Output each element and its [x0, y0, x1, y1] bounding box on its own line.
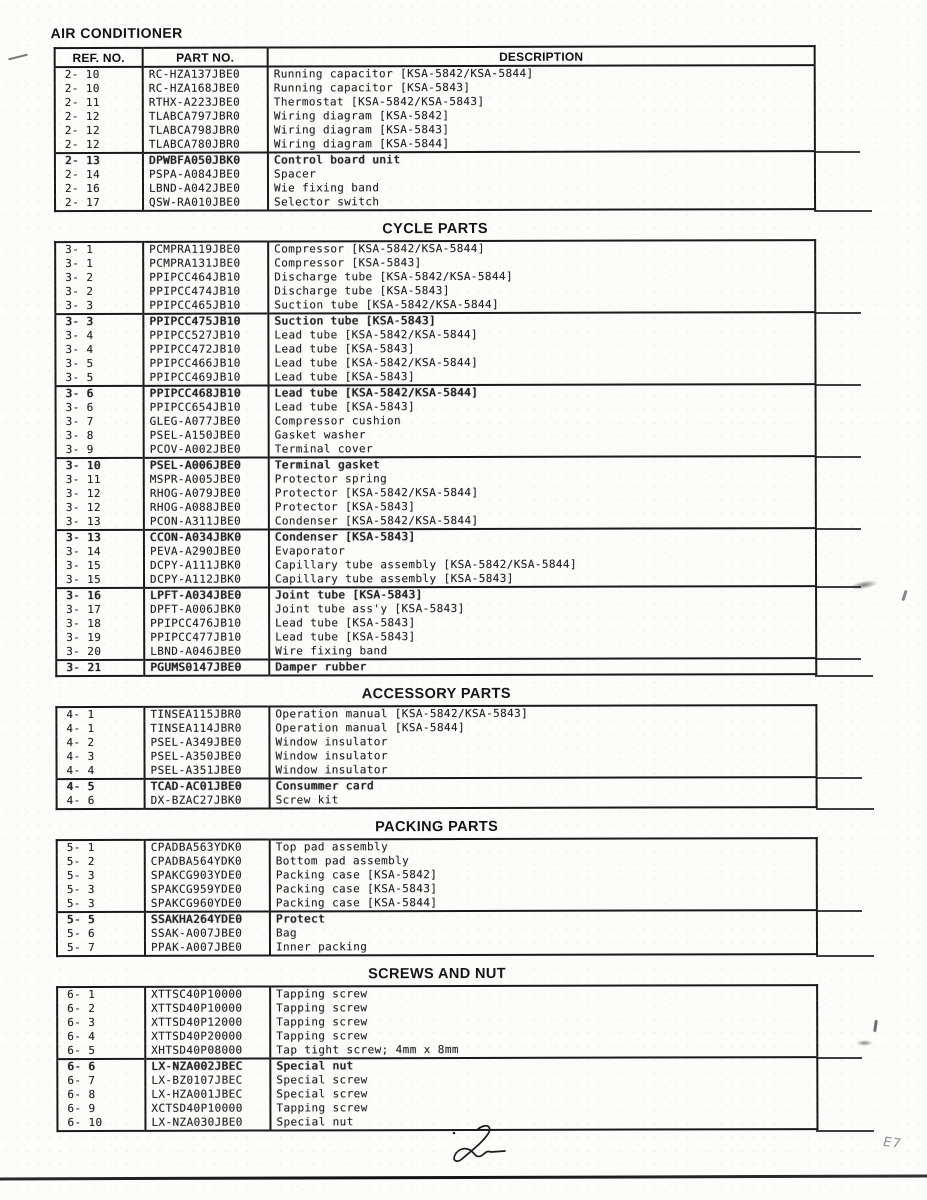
- part-no-cell: RHOG-A079JBE0: [144, 487, 269, 501]
- part-no-cell: PSEL-A351JBE0: [145, 764, 270, 779]
- ref-no-cell: 3- 2: [55, 271, 143, 285]
- ref-no-cell: 3- 15: [56, 573, 144, 588]
- ref-no-cell: 3- 1: [55, 257, 143, 271]
- ref-no-cell: 6- 3: [57, 1016, 145, 1030]
- description-cell: Lead tube [KSA-5843]: [269, 629, 816, 644]
- part-no-cell: PSEL-A006JBE0: [144, 458, 269, 473]
- part-no-cell: PPIPCC654JB10: [144, 401, 269, 415]
- ref-no-cell: 5- 5: [57, 912, 145, 927]
- ref-no-cell: 3- 21: [56, 660, 144, 676]
- ref-no-cell: 4- 4: [57, 764, 145, 779]
- section-title: CYCLE PARTS: [54, 220, 816, 238]
- row-group: 3- 16 LPFT-A034JBE0 Joint tube [KSA-5843…: [56, 586, 816, 660]
- row-group: 6- 6 LX-NZA002JBEC Special nut 6- 7 LX-B…: [57, 1057, 817, 1131]
- ref-no-cell: 2- 12: [55, 110, 143, 124]
- description-cell: Lead tube [KSA-5842/KSA-5844]: [269, 384, 816, 400]
- description-cell: Condenser [KSA-5843]: [269, 528, 816, 544]
- ref-no-cell: 4- 2: [56, 736, 144, 750]
- part-no-cell: TLABCA798JBR0: [143, 124, 268, 138]
- part-no-cell: QSW-RA010JBE0: [143, 196, 268, 211]
- part-no-cell: DX-BZAC27JBK0: [145, 794, 270, 809]
- part-no-header: PART NO.: [143, 48, 268, 67]
- part-no-cell: LBND-A046JBE0: [144, 645, 269, 660]
- row-group: 5- 5 SSAKHA264YDE0 Protect 5- 6 SSAK-A00…: [57, 910, 817, 956]
- part-no-cell: PSEL-A349JBE0: [144, 736, 269, 750]
- ref-no-cell: 3- 8: [56, 429, 144, 443]
- part-no-cell: PCMPRA119JBE0: [143, 242, 268, 257]
- description-cell: Window insulator: [270, 762, 817, 778]
- ref-no-cell: 2- 14: [55, 168, 143, 182]
- description-cell: Tap tight screw; 4mm x 8mm: [270, 1042, 817, 1058]
- scan-line-bleed: [816, 1057, 862, 1059]
- part-no-cell: RTHX-A223JBE0: [143, 96, 268, 110]
- part-no-cell: LPFT-A034JBE0: [144, 588, 269, 603]
- part-no-cell: PGUMS0147JBE0: [144, 660, 269, 676]
- part-no-cell: PPIPCC465JB10: [143, 299, 268, 314]
- ref-no-cell: 5- 3: [57, 883, 145, 897]
- ref-no-cell: 5- 1: [57, 840, 145, 855]
- description-cell: Tapping screw: [270, 1100, 817, 1115]
- part-no-cell: LX-BZ0107JBEC: [145, 1074, 270, 1088]
- description-cell: Joint tube ass'y [KSA-5843]: [269, 601, 816, 616]
- description-cell: Compressor [KSA-5843]: [268, 255, 815, 270]
- section-title: SCREWS AND NUT: [56, 965, 818, 983]
- parts-table: 4- 1 TINSEA115JBR0 Operation manual [KSA…: [55, 704, 817, 810]
- description-cell: Special screw: [270, 1086, 817, 1101]
- description-cell: Lead tube [KSA-5843]: [268, 341, 815, 356]
- part-no-cell: PCOV-A002JBE0: [144, 443, 269, 458]
- parts-table: 5- 1 CPADBA563YDK0 Top pad assembly 5- 2…: [56, 837, 818, 957]
- part-no-cell: TINSEA115JBR0: [144, 707, 269, 722]
- part-no-cell: CCON-A034JBK0: [144, 530, 269, 545]
- description-cell: Protector [KSA-5842/KSA-5844]: [269, 485, 816, 500]
- ref-no-cell: 3- 16: [56, 588, 144, 603]
- page-title: AIR CONDITIONER: [51, 23, 926, 41]
- part-no-cell: LX-NZA002JBEC: [145, 1059, 270, 1074]
- part-no-cell: PPIPCC476JB10: [144, 617, 269, 631]
- ref-no-cell: 4- 1: [56, 707, 144, 722]
- part-no-cell: RC-HZA137JBE0: [143, 67, 268, 82]
- description-cell: Terminal cover: [269, 441, 816, 457]
- row-group: 4- 1 TINSEA115JBR0 Operation manual [KSA…: [56, 705, 816, 779]
- description-cell: Screw kit: [270, 792, 817, 808]
- row-group: 6- 1 XTTSC40P10000 Tapping screw 6- 2 XT…: [57, 985, 817, 1059]
- scan-line-bleed: [816, 955, 874, 957]
- description-cell: Compressor [KSA-5842/KSA-5844]: [268, 240, 815, 256]
- ref-no-cell: 3- 17: [56, 603, 144, 617]
- ref-no-cell: 3- 13: [56, 530, 144, 545]
- part-no-cell: PCMPRA131JBE0: [143, 257, 268, 271]
- description-cell: Suction tube [KSA-5843]: [268, 312, 815, 328]
- ref-no-cell: 3- 11: [56, 473, 144, 487]
- ref-no-cell: 6- 7: [57, 1074, 145, 1088]
- row-group: 3- 21 PGUMS0147JBE0 Damper rubber: [56, 658, 816, 676]
- part-no-cell: PPIPCC464JB10: [143, 271, 268, 285]
- part-no-cell: MSPR-A005JBE0: [144, 473, 269, 487]
- scan-line-bleed: [815, 675, 873, 677]
- description-cell: Bottom pad assembly: [270, 853, 817, 868]
- description-cell: Tapping screw: [270, 1000, 817, 1015]
- description-cell: Packing case [KSA-5843]: [270, 881, 817, 896]
- description-cell: Wire fixing band: [269, 643, 816, 659]
- part-no-cell: PSEL-A150JBE0: [144, 429, 269, 443]
- part-no-cell: PCON-A311JBE0: [144, 515, 269, 530]
- ref-no-cell: 6- 4: [57, 1030, 145, 1044]
- ref-no-cell: 2- 11: [55, 96, 143, 110]
- parts-table: REF. NO. PART NO. DESCRIPTION 2- 10 RC-H…: [54, 45, 816, 212]
- ref-no-cell: 3- 18: [56, 617, 144, 631]
- row-group: 2- 13 DPWBFA050JBK0 Control board unit 2…: [55, 151, 815, 211]
- description-cell: Selector switch: [268, 194, 815, 210]
- ref-no-cell: 3- 4: [55, 343, 143, 357]
- parts-table: 3- 1 PCMPRA119JBE0 Compressor [KSA-5842/…: [54, 239, 817, 677]
- ref-no-cell: 3- 15: [56, 559, 144, 573]
- ref-no-cell: 3- 2: [55, 285, 143, 299]
- parts-section: PACKING PARTS 5- 1 CPADBA563YDK0 Top pad…: [56, 818, 818, 957]
- part-no-cell: TLABCA780JBR0: [143, 138, 268, 153]
- part-no-cell: TLABCA797JBR0: [143, 110, 268, 124]
- ref-no-cell: 4- 6: [57, 794, 145, 809]
- scan-line-bleed: [816, 1130, 874, 1132]
- scan-line-bleed: [815, 312, 861, 314]
- parts-section: CYCLE PARTS 3- 1 PCMPRA119JBE0 Compresso…: [54, 220, 817, 677]
- parts-section: REF. NO. PART NO. DESCRIPTION 2- 10 RC-H…: [54, 45, 816, 212]
- ref-no-cell: 4- 5: [57, 779, 145, 794]
- description-cell: Thermostat [KSA-5842/KSA-5843]: [268, 94, 815, 109]
- table-row: 5- 7 PPAK-A007JBE0 Inner packing: [57, 939, 817, 956]
- description-cell: Tapping screw: [270, 1028, 817, 1043]
- description-cell: Lead tube [KSA-5843]: [269, 615, 816, 630]
- description-cell: Consummer card: [270, 777, 817, 793]
- row-group: 3- 6 PPIPCC468JB10 Lead tube [KSA-5842/K…: [56, 384, 816, 458]
- row-group: 3- 10 PSEL-A006JBE0 Terminal gasket 3- 1…: [56, 456, 816, 530]
- description-cell: Protect: [270, 910, 817, 926]
- scan-line-bleed: [816, 777, 862, 779]
- ref-no-cell: 3- 14: [56, 545, 144, 559]
- scan-smudge-right-lower: [856, 1040, 873, 1046]
- ref-no-cell: 3- 5: [55, 371, 143, 386]
- description-cell: Gasket washer: [269, 427, 816, 442]
- ref-no-cell: 3- 6: [56, 401, 144, 415]
- part-no-cell: SPAKCG959YDE0: [145, 883, 270, 897]
- description-cell: Inner packing: [270, 939, 817, 955]
- description-cell: Discharge tube [KSA-5843]: [268, 283, 815, 298]
- ref-no-cell: 3- 9: [56, 443, 144, 458]
- ref-no-cell: 3- 6: [56, 386, 144, 401]
- description-cell: Wiring diagram [KSA-5844]: [268, 136, 815, 152]
- ref-no-cell: 3- 12: [56, 501, 144, 515]
- part-no-cell: TCAD-AC01JBE0: [145, 779, 270, 794]
- ref-no-cell: 4- 1: [56, 722, 144, 736]
- scan-line-bleed: [815, 384, 861, 386]
- handwritten-note: E7: [881, 1135, 903, 1152]
- table-header: REF. NO. PART NO. DESCRIPTION: [55, 46, 815, 67]
- part-no-cell: XCTSD40P10000: [145, 1102, 270, 1116]
- description-cell: Packing case [KSA-5844]: [270, 895, 817, 911]
- part-no-cell: PPIPCC466JB10: [143, 357, 268, 371]
- description-cell: Special screw: [270, 1072, 817, 1087]
- part-no-cell: XTTSD40P12000: [145, 1016, 270, 1030]
- description-cell: Evaporator: [269, 543, 816, 558]
- ref-no-cell: 6- 5: [57, 1044, 145, 1059]
- description-cell: Wie fixing band: [268, 180, 815, 195]
- ref-no-cell: 5- 7: [57, 941, 145, 956]
- table-row: 6- 10 LX-NZA030JBE0 Special nut: [57, 1114, 817, 1131]
- part-no-cell: RHOG-A088JBE0: [144, 501, 269, 515]
- part-no-cell: CPADBA564YDK0: [145, 855, 270, 869]
- ref-no-cell: 3- 13: [56, 515, 144, 530]
- parts-table: 6- 1 XTTSC40P10000 Tapping screw 6- 2 XT…: [56, 984, 818, 1132]
- part-no-cell: PPIPCC475JB10: [143, 314, 268, 329]
- description-cell: Joint tube [KSA-5843]: [269, 586, 816, 602]
- ref-no-cell: 3- 12: [56, 487, 144, 501]
- ref-no-cell: 5- 3: [57, 897, 145, 912]
- description-cell: Packing case [KSA-5842]: [270, 867, 817, 882]
- ref-no-cell: 6- 6: [57, 1059, 145, 1074]
- scanned-page: { "page_title": "AIR CONDITIONER", "colu…: [0, 0, 927, 1200]
- scan-line-bleed: [814, 151, 860, 153]
- scan-line-bleed: [815, 658, 861, 660]
- row-group: 3- 1 PCMPRA119JBE0 Compressor [KSA-5842/…: [55, 240, 815, 314]
- part-no-cell: LX-HZA001JBEC: [145, 1088, 270, 1102]
- ref-no-cell: 2- 16: [55, 182, 143, 196]
- description-cell: Damper rubber: [269, 658, 816, 675]
- part-no-cell: RC-HZA168JBE0: [143, 82, 268, 96]
- table-row: 3- 21 PGUMS0147JBE0 Damper rubber: [56, 658, 816, 676]
- part-no-cell: SSAKHA264YDE0: [145, 912, 270, 927]
- part-no-cell: PPAK-A007JBE0: [145, 941, 270, 956]
- description-cell: Wiring diagram [KSA-5843]: [268, 122, 815, 137]
- bottom-scan-line: [0, 1175, 927, 1180]
- row-group: 3- 13 CCON-A034JBK0 Condenser [KSA-5843]…: [56, 528, 816, 588]
- scan-line-bleed: [815, 528, 861, 530]
- ref-no-cell: 2- 12: [55, 124, 143, 138]
- ref-no-cell: 5- 6: [57, 927, 145, 941]
- part-no-cell: SPAKCG903YDE0: [145, 869, 270, 883]
- description-cell: Control board unit: [268, 151, 815, 167]
- description-cell: Discharge tube [KSA-5842/KSA-5844]: [268, 269, 815, 284]
- description-cell: Terminal gasket: [269, 456, 816, 472]
- ref-no-cell: 3- 3: [55, 314, 143, 329]
- row-group: 4- 5 TCAD-AC01JBE0 Consummer card 4- 6 D…: [57, 777, 817, 809]
- ref-no-cell: 6- 10: [57, 1116, 145, 1131]
- description-cell: Lead tube [KSA-5843]: [268, 369, 815, 385]
- description-cell: Spacer: [268, 166, 815, 181]
- part-no-cell: PPIPCC468JB10: [144, 386, 269, 401]
- part-no-cell: DCPY-A112JBK0: [144, 573, 269, 588]
- part-no-cell: SSAK-A007JBE0: [145, 927, 270, 941]
- scan-line-bleed: [816, 910, 862, 912]
- part-no-cell: PPIPCC469JB10: [143, 371, 268, 386]
- description-cell: Tapping screw: [270, 1014, 817, 1029]
- section-title: ACCESSORY PARTS: [55, 685, 817, 703]
- ref-no-cell: 2- 10: [55, 67, 143, 82]
- description-cell: Capillary tube assembly [KSA-5842/KSA-58…: [269, 557, 816, 572]
- ref-no-cell: 2- 10: [55, 82, 143, 96]
- ref-no-cell: 6- 2: [57, 1002, 145, 1016]
- description-cell: Bag: [270, 925, 817, 940]
- description-cell: Window insulator: [269, 734, 816, 749]
- description-cell: Running capacitor [KSA-5843]: [268, 80, 815, 95]
- description-cell: Protector spring: [269, 471, 816, 486]
- part-no-cell: XTTSD40P10000: [145, 1002, 270, 1016]
- row-group: 3- 3 PPIPCC475JB10 Suction tube [KSA-584…: [55, 312, 815, 386]
- description-cell: Wiring diagram [KSA-5842]: [268, 108, 815, 123]
- description-cell: Running capacitor [KSA-5842/KSA-5844]: [268, 65, 815, 81]
- description-cell: Capillary tube assembly [KSA-5843]: [269, 571, 816, 587]
- part-no-cell: PSPA-A084JBE0: [143, 168, 268, 182]
- part-no-cell: XHTSD40P08000: [145, 1044, 270, 1059]
- description-cell: Protector [KSA-5843]: [269, 499, 816, 514]
- document-page: AIR CONDITIONER REF. NO. PART NO. DESCRI…: [0, 0, 927, 1134]
- parts-section: ACCESSORY PARTS 4- 1 TINSEA115JBR0 Opera…: [55, 685, 817, 810]
- part-no-cell: CPADBA563YDK0: [145, 840, 270, 855]
- scan-line-bleed: [815, 456, 861, 458]
- part-no-cell: PPIPCC474JB10: [143, 285, 268, 299]
- part-no-cell: PPIPCC472JB10: [143, 343, 268, 357]
- row-group: 2- 10 RC-HZA137JBE0 Running capacitor [K…: [55, 65, 815, 153]
- description-cell: Suction tube [KSA-5842/KSA-5844]: [268, 297, 815, 313]
- part-no-cell: PPIPCC527JB10: [143, 329, 268, 343]
- part-no-cell: PPIPCC477JB10: [144, 631, 269, 645]
- parts-section: SCREWS AND NUT 6- 1 XTTSC40P10000 Tappin…: [56, 965, 818, 1132]
- part-no-cell: PEVA-A290JBE0: [144, 545, 269, 559]
- ref-no-cell: 3- 1: [55, 242, 143, 257]
- part-no-cell: TINSEA114JBR0: [144, 722, 269, 736]
- description-header: DESCRIPTION: [268, 46, 815, 66]
- sections-host: REF. NO. PART NO. DESCRIPTION 2- 10 RC-H…: [54, 45, 819, 1132]
- ref-no-cell: 4- 3: [56, 750, 144, 764]
- row-group: 5- 1 CPADBA563YDK0 Top pad assembly 5- 2…: [57, 838, 817, 912]
- part-no-cell: LBND-A042JBE0: [143, 182, 268, 196]
- description-cell: Operation manual [KSA-5842/KSA-5843]: [269, 705, 816, 721]
- table-header-row: REF. NO. PART NO. DESCRIPTION: [55, 46, 815, 67]
- ref-no-cell: 2- 17: [55, 196, 143, 211]
- ref-no-cell: 3- 5: [55, 357, 143, 371]
- scan-line-bleed: [816, 808, 874, 810]
- ref-no-cell: 5- 3: [57, 869, 145, 883]
- description-cell: Tapping screw: [270, 985, 817, 1001]
- part-no-cell: DPFT-A006JBK0: [144, 603, 269, 617]
- ref-no-header: REF. NO.: [55, 48, 143, 67]
- description-cell: Lead tube [KSA-5842/KSA-5844]: [268, 355, 815, 370]
- part-no-cell: XTTSD40P20000: [145, 1030, 270, 1044]
- description-cell: Special nut: [270, 1114, 817, 1130]
- ref-no-cell: 3- 7: [56, 415, 144, 429]
- part-no-cell: PSEL-A350JBE0: [144, 750, 269, 764]
- ref-no-cell: 5- 2: [57, 855, 145, 869]
- ref-no-cell: 3- 10: [56, 458, 144, 473]
- ref-no-cell: 6- 8: [57, 1088, 145, 1102]
- ref-no-cell: 3- 4: [55, 329, 143, 343]
- description-cell: Operation manual [KSA-5844]: [269, 720, 816, 735]
- description-cell: Condenser [KSA-5842/KSA-5844]: [269, 513, 816, 529]
- table-row: 2- 17 QSW-RA010JBE0 Selector switch: [55, 194, 815, 211]
- table-row: 4- 6 DX-BZAC27JBK0 Screw kit: [57, 792, 817, 809]
- description-cell: Lead tube [KSA-5843]: [269, 399, 816, 414]
- description-cell: Lead tube [KSA-5842/KSA-5844]: [268, 327, 815, 342]
- ref-no-cell: 3- 3: [55, 299, 143, 314]
- part-no-cell: LX-NZA030JBE0: [145, 1116, 270, 1131]
- part-no-cell: SPAKCG960YDE0: [145, 897, 270, 912]
- ref-no-cell: 6- 1: [57, 987, 145, 1002]
- ref-no-cell: 2- 13: [55, 153, 143, 168]
- part-no-cell: GLEG-A077JBE0: [144, 415, 269, 429]
- ref-no-cell: 6- 9: [57, 1102, 145, 1116]
- description-cell: Top pad assembly: [270, 838, 817, 854]
- section-title: PACKING PARTS: [56, 818, 818, 836]
- part-no-cell: DCPY-A111JBK0: [144, 559, 269, 573]
- handwritten-signature-icon: [447, 1122, 527, 1170]
- part-no-cell: XTTSC40P10000: [145, 987, 270, 1002]
- ref-no-cell: 3- 20: [56, 645, 144, 660]
- ref-no-cell: 2- 12: [55, 138, 143, 153]
- scan-line-bleed: [814, 210, 872, 212]
- part-no-cell: DPWBFA050JBK0: [143, 153, 268, 168]
- description-cell: Compressor cushion: [269, 413, 816, 428]
- description-cell: Window insulator: [269, 748, 816, 763]
- ref-no-cell: 3- 19: [56, 631, 144, 645]
- description-cell: Special nut: [270, 1057, 817, 1073]
